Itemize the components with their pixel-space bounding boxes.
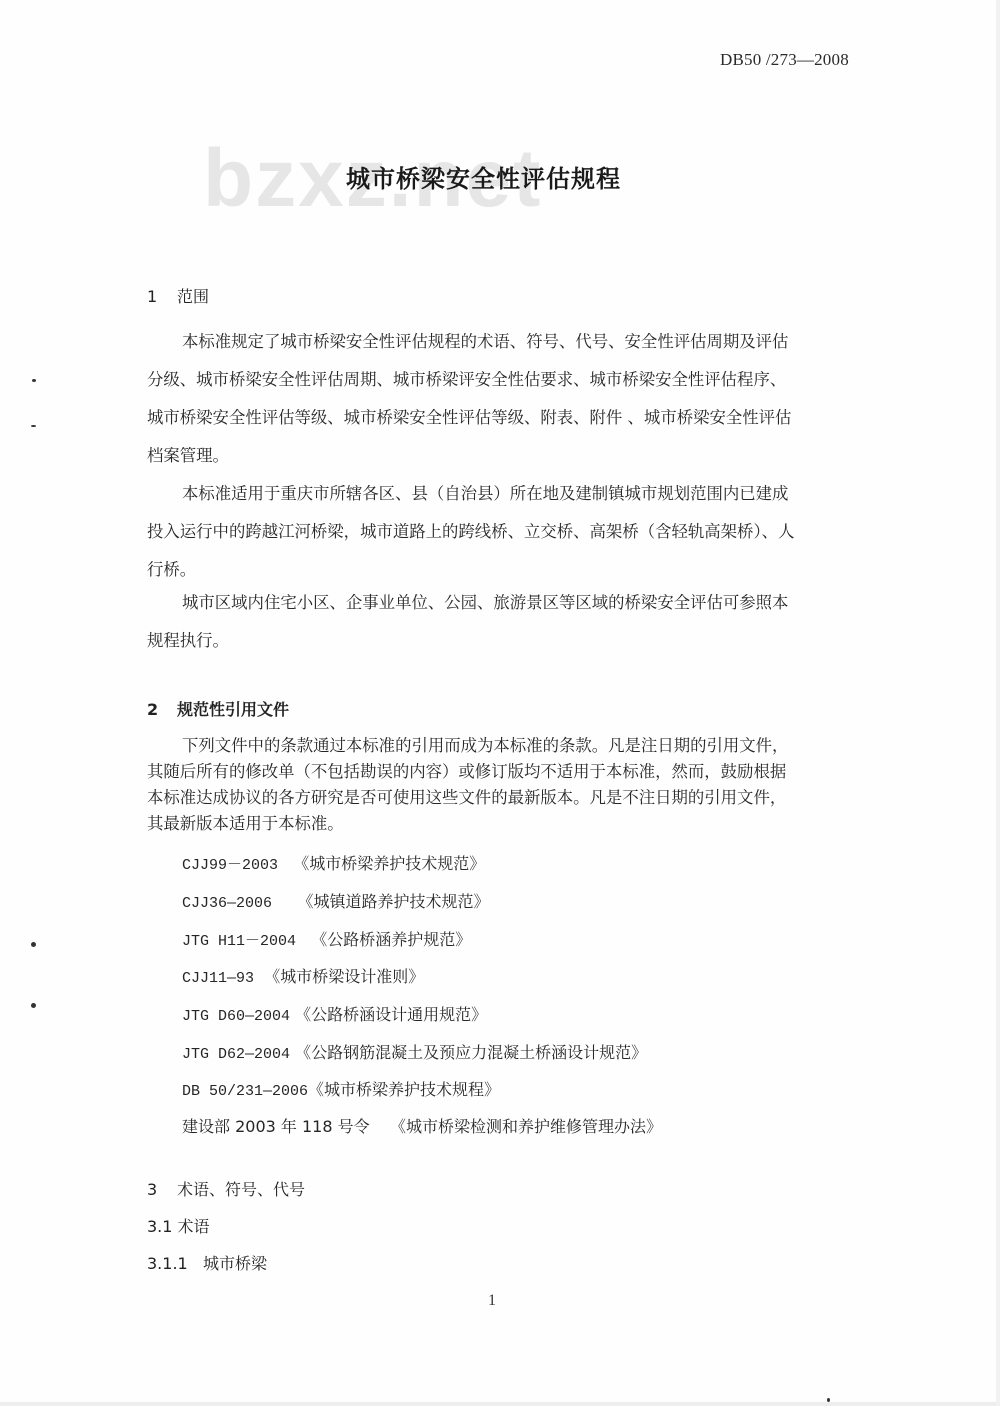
reference-title: 《公路钢筋混凝土及预应力混凝土桥涵设计规范》 <box>295 1043 647 1062</box>
scan-right-edge <box>996 0 1000 1406</box>
section-number: 1 <box>147 287 177 306</box>
section-title: 规范性引用文件 <box>177 700 289 719</box>
reference-code: CJJ11—93 <box>182 970 254 987</box>
text-line: 本标准达成协议的各方研究是否可使用这些文件的最新版本。凡是不注日期的引用文件， <box>147 785 847 811</box>
reference-title: 《公路桥涵养护规范》 <box>311 930 471 949</box>
section-number: 2 <box>147 700 177 719</box>
text-line: 下列文件中的条款通过本标准的引用而成为本标准的条款。凡是注日期的引用文件， <box>147 733 847 759</box>
reference-item: JTG D62—2004 《公路钢筋混凝土及预应力混凝土桥涵设计规范》 <box>182 1040 647 1063</box>
section-number: 3 <box>147 1180 177 1199</box>
section-1-paragraph-2: 本标准适用于重庆市所辖各区、县（自治县）所在地及建制镇城市规划范围内已建成 投入… <box>147 475 847 589</box>
reference-code: CJJ99－2003 <box>182 857 278 874</box>
subsection-3-1-heading: 3.1 术语 <box>147 1214 210 1237</box>
text-line: 档案管理。 <box>147 437 847 475</box>
section-1-paragraph-1: 本标准规定了城市桥梁安全性评估规程的术语、符号、代号、安全性评估周期及评估 分级… <box>147 323 847 475</box>
section-3-heading: 3术语、符号、代号 <box>147 1177 305 1200</box>
reference-title: 《城市桥梁设计准则》 <box>264 967 424 986</box>
reference-item: 建设部 2003 年 118 号令 《城市桥梁检测和养护维修管理办法》 <box>182 1114 662 1137</box>
section-2-heading: 2规范性引用文件 <box>147 697 289 720</box>
reference-title: 《城市桥梁养护技术规程》 <box>308 1080 500 1099</box>
scan-speck <box>31 942 36 947</box>
reference-code: DB 50/231—2006 <box>182 1083 308 1100</box>
reference-item: CJJ36—2006 《城镇道路养护技术规范》 <box>182 889 489 912</box>
scan-speck <box>31 425 36 427</box>
reference-code: JTG D62—2004 <box>182 1046 290 1063</box>
text-line: 城市区域内住宅小区、企事业单位、公园、旅游景区等区域的桥梁安全评估可参照本 <box>147 584 847 622</box>
text-line: 其随后所有的修改单（不包括勘误的内容）或修订版均不适用于本标准，然而，鼓励根据 <box>147 759 847 785</box>
reference-title: 《城市桥梁检测和养护维修管理办法》 <box>390 1117 662 1136</box>
section-1-paragraph-3: 城市区域内住宅小区、企事业单位、公园、旅游景区等区域的桥梁安全评估可参照本 规程… <box>147 584 847 660</box>
reference-code: JTG H11－2004 <box>182 933 296 950</box>
reference-item: DB 50/231—2006《城市桥梁养护技术规程》 <box>182 1077 500 1100</box>
section-title: 术语 <box>178 1217 210 1236</box>
page-number: 1 <box>488 1292 496 1310</box>
reference-title: 《公路桥涵设计通用规范》 <box>295 1005 487 1024</box>
text-line: 分级、城市桥梁安全性评估周期、城市桥梁评安全性估要求、城市桥梁安全性评估程序、 <box>147 361 847 399</box>
reference-item: CJJ11—93 《城市桥梁设计准则》 <box>182 964 424 987</box>
section-number: 3.1 <box>147 1217 172 1236</box>
reference-title: 《城市桥梁养护技术规范》 <box>293 854 485 873</box>
document-page: DB50 /273—2008 bzxz.net 城市桥梁安全性评估规程 1范围 … <box>0 0 1000 1406</box>
section-title: 术语、符号、代号 <box>177 1180 305 1199</box>
reference-item: JTG H11－2004 《公路桥涵养护规范》 <box>182 927 471 950</box>
scan-speck <box>31 1003 36 1008</box>
text-line: 其最新版本适用于本标准。 <box>147 811 847 837</box>
reference-title: 《城镇道路养护技术规范》 <box>297 892 489 911</box>
section-1-heading: 1范围 <box>147 284 209 307</box>
section-2-paragraph-1: 下列文件中的条款通过本标准的引用而成为本标准的条款。凡是注日期的引用文件， 其随… <box>147 733 847 837</box>
reference-item: JTG D60—2004 《公路桥涵设计通用规范》 <box>182 1002 487 1025</box>
text-line: 本标准适用于重庆市所辖各区、县（自治县）所在地及建制镇城市规划范围内已建成 <box>147 475 847 513</box>
reference-item: CJJ99－2003 《城市桥梁养护技术规范》 <box>182 851 485 874</box>
reference-code: JTG D60—2004 <box>182 1008 290 1025</box>
reference-code: CJJ36—2006 <box>182 895 272 912</box>
document-number: DB50 /273—2008 <box>720 50 849 70</box>
text-line: 规程执行。 <box>147 622 847 660</box>
text-line: 城市桥梁安全性评估等级、城市桥梁安全性评估等级、附表、附件 、城市桥梁安全性评估 <box>147 399 847 437</box>
scan-bottom-edge <box>0 1402 1000 1406</box>
section-title: 范围 <box>177 287 209 306</box>
section-number: 3.1.1 <box>147 1254 188 1273</box>
scan-speck <box>32 379 36 382</box>
text-line: 本标准规定了城市桥梁安全性评估规程的术语、符号、代号、安全性评估周期及评估 <box>147 323 847 361</box>
subsection-3-1-1-heading: 3.1.1 城市桥梁 <box>147 1251 267 1274</box>
document-title: 城市桥梁安全性评估规程 <box>346 159 621 194</box>
reference-code: 建设部 2003 年 118 号令 <box>182 1117 370 1136</box>
text-line: 投入运行中的跨越江河桥梁，城市道路上的跨线桥、立交桥、高架桥（含轻轨高架桥）、人 <box>147 513 847 551</box>
section-title: 城市桥梁 <box>203 1254 267 1273</box>
